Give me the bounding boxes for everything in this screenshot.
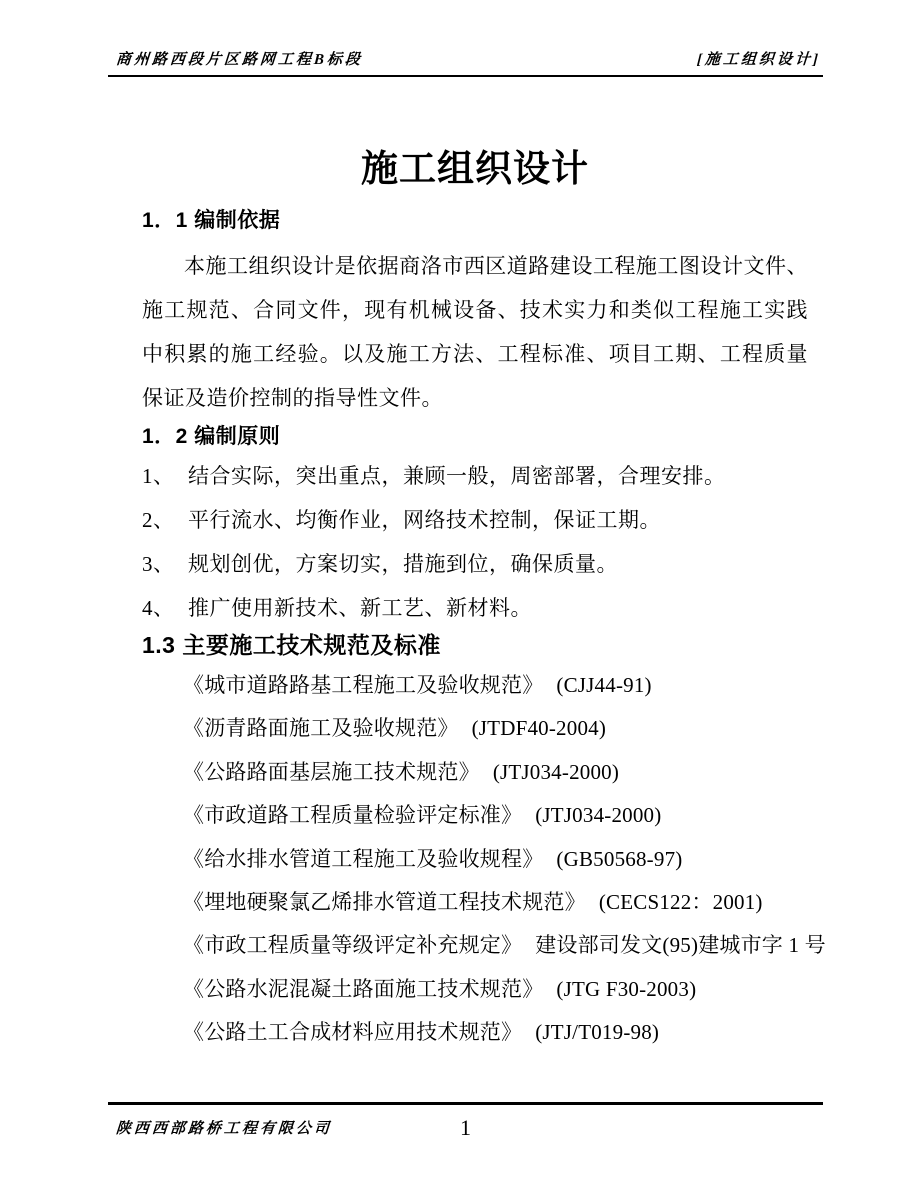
standard-item: 《沥青路面施工及验收规范》(JTDF40-2004): [142, 707, 808, 750]
principle-number: 3、: [142, 542, 188, 586]
principle-text: 推广使用新技术、新工艺、新材料。: [188, 586, 532, 630]
standard-item: 《市政道路工程质量检验评定标准》(JTJ034-2000): [142, 794, 808, 837]
principle-item: 2、 平行流水、均衡作业，网络技术控制，保证工期。: [142, 498, 808, 542]
standard-name: 《市政工程质量等级评定补充规定》: [183, 933, 522, 957]
principle-text: 规划创优，方案切实，措施到位，确保质量。: [188, 542, 618, 586]
page-header: 商州路西段片区路网工程B标段 [施工组织设计]: [108, 48, 823, 77]
standard-code: (JTG F30-2003): [556, 977, 696, 1001]
standard-name: 《公路水泥混凝土路面施工技术规范》: [183, 977, 543, 1001]
principles-list: 1、 结合实际，突出重点，兼顾一般，周密部署，合理安排。 2、 平行流水、均衡作…: [142, 454, 808, 630]
standard-name: 《公路路面基层施工技术规范》: [183, 760, 480, 784]
page-footer: 陕西西部路桥工程有限公司 1: [108, 1102, 823, 1141]
standard-code: (JTJ034-2000): [493, 760, 619, 784]
standard-code: 建设部司发文(95)建城市字 1 号: [535, 933, 826, 957]
standard-item: 《公路路面基层施工技术规范》(JTJ034-2000): [142, 751, 808, 794]
section-heading-1-3: 1.3 主要施工技术规范及标准: [142, 630, 808, 660]
principle-item: 4、 推广使用新技术、新工艺、新材料。: [142, 586, 808, 630]
principle-number: 4、: [142, 586, 188, 630]
principle-text: 平行流水、均衡作业，网络技术控制，保证工期。: [188, 498, 661, 542]
standard-item: 《埋地硬聚氯乙烯排水管道工程技术规范》(CECS122：2001): [142, 881, 808, 924]
section-heading-1-2: 1．2 编制原则: [142, 422, 808, 452]
standard-code: (GB50568-97): [556, 847, 682, 871]
standard-item: 《城市道路路基工程施工及验收规范》(CJJ44-91): [142, 664, 808, 707]
standard-name: 《埋地硬聚氯乙烯排水管道工程技术规范》: [183, 890, 586, 914]
principle-item: 1、 结合实际，突出重点，兼顾一般，周密部署，合理安排。: [142, 454, 808, 498]
standard-item: 《市政工程质量等级评定补充规定》建设部司发文(95)建城市字 1 号: [142, 924, 808, 967]
standard-code: (JTJ/T019-98): [535, 1020, 659, 1044]
standard-item: 《公路土工合成材料应用技术规范》(JTJ/T019-98): [142, 1011, 808, 1054]
principle-number: 1、: [142, 454, 188, 498]
principle-item: 3、 规划创优，方案切实，措施到位，确保质量。: [142, 542, 808, 586]
document-title: 施工组织设计: [142, 144, 808, 194]
page-number: 1: [108, 1115, 823, 1141]
header-doc-label: [施工组织设计]: [696, 48, 821, 69]
section-1-1-paragraph: 本施工组织设计是依据商洛市西区道路建设工程施工图设计文件、施工规范、合同文件，现…: [142, 244, 808, 420]
standard-name: 《公路土工合成材料应用技术规范》: [183, 1020, 522, 1044]
standard-item: 《给水排水管道工程施工及验收规程》(GB50568-97): [142, 838, 808, 881]
standards-list: 《城市道路路基工程施工及验收规范》(CJJ44-91) 《沥青路面施工及验收规范…: [142, 664, 808, 1055]
principle-number: 2、: [142, 498, 188, 542]
header-project-title: 商州路西段片区路网工程B标段: [115, 48, 363, 69]
standard-name: 《城市道路路基工程施工及验收规范》: [183, 673, 543, 697]
standard-code: (JTDF40-2004): [472, 716, 606, 740]
section-heading-1-1: 1．1 编制依据: [142, 206, 808, 236]
document-page: 商州路西段片区路网工程B标段 [施工组织设计] 施工组织设计 1．1 编制依据 …: [0, 0, 920, 1191]
standard-code: (CECS122：2001): [599, 890, 763, 914]
standard-name: 《市政道路工程质量检验评定标准》: [183, 803, 522, 827]
standard-name: 《给水排水管道工程施工及验收规程》: [183, 847, 543, 871]
principle-text: 结合实际，突出重点，兼顾一般，周密部署，合理安排。: [188, 454, 726, 498]
footer-rule: [108, 1102, 823, 1105]
standard-name: 《沥青路面施工及验收规范》: [183, 716, 459, 740]
standard-code: (JTJ034-2000): [535, 803, 661, 827]
standard-item: 《公路水泥混凝土路面施工技术规范》(JTG F30-2003): [142, 968, 808, 1011]
standard-code: (CJJ44-91): [556, 673, 651, 697]
document-body: 施工组织设计 1．1 编制依据 本施工组织设计是依据商洛市西区道路建设工程施工图…: [142, 76, 808, 1055]
